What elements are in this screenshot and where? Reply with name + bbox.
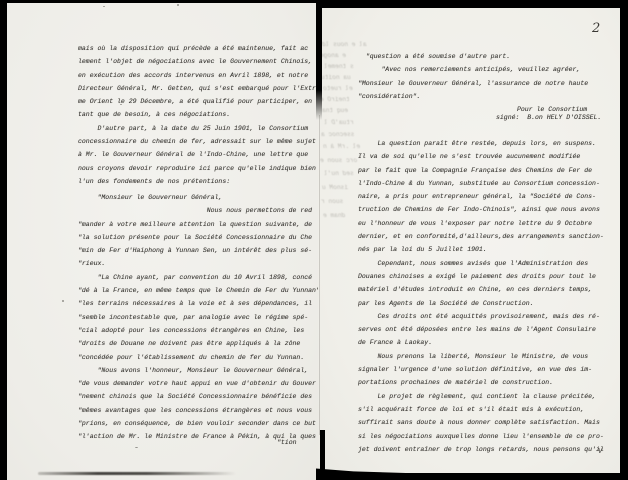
bleed-through-text: al e nous ld <box>322 41 367 48</box>
text-line: par les Agents de la Société de Construc… <box>358 297 606 310</box>
bleed-through-text: s tnemel <box>324 63 354 70</box>
text-line: suffirait sans doute à nous donner compl… <box>358 416 606 429</box>
text-line: s'il acquérait force de loi et s'il étai… <box>358 403 606 416</box>
text-line: "question a été soumise d'autre part. <box>358 50 606 63</box>
text-line: serves ont été déposées entre les mains … <box>358 323 606 336</box>
text-line: naire, a pris pour entrepreneur général,… <box>358 190 606 203</box>
bleed-through-text: e anoge <box>320 52 346 59</box>
text-line: Nous nous permettons de red <box>78 204 318 217</box>
text-line: portations prochaines de matériel de con… <box>358 376 606 389</box>
text-line: concessionnaire du chemin de fer, adress… <box>78 135 318 148</box>
text-line: Douanes chinoises a exigé le paiement de… <box>358 270 606 283</box>
scan-speck <box>177 4 179 6</box>
text-line: D'autre part, à la date du 25 Juin 1901,… <box>78 122 318 135</box>
text-line: me Orient le 29 Décembre, a été qualifié… <box>78 95 318 108</box>
text-line: l'Indo-Chine & du Yunnan, substituée au … <box>358 177 606 190</box>
text-line: si les négociations auxquelles donne lie… <box>358 430 606 443</box>
bleed-through-text: el .rM à n <box>323 143 360 150</box>
bleed-through-text: sed nu'l <box>324 170 354 177</box>
text-line: "rieux. <box>78 257 318 270</box>
text-line: mais où la disposition qui précède a été… <box>78 42 318 55</box>
scan-speck <box>120 104 122 105</box>
text-line: matériel d'études introduit en Chine, en… <box>358 283 606 296</box>
signature-name: signé: B.on HELY D'OISSEL. <box>496 114 601 121</box>
text-line: Directeur Général, Mr. Getten, qui s'est… <box>78 82 318 95</box>
text-line: signaler l'urgence d'une solution défini… <box>358 363 606 376</box>
text-line: en exécution des accords intervenus en A… <box>78 69 318 82</box>
bleed-through-text: euq tna <box>322 107 348 114</box>
bleed-through-text: ssecnoc a <box>321 131 354 138</box>
text-line: truction de Chemins de Fer Indo-Chinois"… <box>358 203 606 216</box>
page-gap-middle <box>319 115 320 435</box>
signature-consortium: Pour le Consortium <box>517 106 587 113</box>
page1-catchword: "tion <box>277 439 297 446</box>
bleed-through-text: dnam e <box>323 212 345 219</box>
scan-border-top-right <box>316 0 628 8</box>
text-line: "Nous avons l'honneur, Monsieur le Gouve… <box>78 364 318 377</box>
text-line: "mander à votre meilleure attention la q… <box>78 218 318 231</box>
bleed-through-text: isnoM u <box>322 184 348 191</box>
text-line: dernier, et en conformité,d'ailleurs,des… <box>358 230 606 243</box>
text-line: "considération". <box>358 90 606 103</box>
scan-speck <box>62 300 64 302</box>
text-line: "la solution présente pour la Société Co… <box>78 231 318 244</box>
text-line: "min de Fer d'Haiphong à Yunnan Sen, un … <box>78 244 318 257</box>
page2-catchword: V <box>598 448 602 456</box>
text-line: nous croyons devoir reproduire ici parce… <box>78 162 318 175</box>
text-line: "Avec nos remerciements anticipés, veuil… <box>358 63 606 76</box>
scan-border-right <box>620 0 628 480</box>
scan-speck <box>103 6 105 7</box>
scan-page-1: mais où la disposition qui précède a été… <box>7 3 318 480</box>
text-line: "La Chine ayant, par convention du 10 Av… <box>78 271 318 284</box>
bleed-through-text: rtua'D l <box>324 119 354 126</box>
text-line: Il va de soi qu'elle ne s'est trouvée au… <box>358 150 606 163</box>
text-line: "concédée pour l'établissement du chemin… <box>78 351 318 364</box>
text-line: "les terrains nécessaires à la voie et à… <box>78 297 318 310</box>
bleed-through-text: suon r <box>321 198 343 205</box>
scan-smudge-line <box>38 472 236 475</box>
scanned-document-spread: mais où la disposition qui précède a été… <box>0 0 628 480</box>
text-line: "mêmes avantages que les concessions étr… <box>78 404 318 417</box>
text-line: "droits de Douane ne doivent pas être ap… <box>78 337 318 350</box>
page-number: 2 <box>592 21 600 36</box>
text-line: "prions, en conséquence, de bien vouloir… <box>78 417 318 430</box>
page1-upper-paragraphs: mais où la disposition qui précède a été… <box>78 42 318 188</box>
text-line: nés par la loi du 5 Juillet 1901. <box>358 243 606 256</box>
page2-body-paragraphs: La question paraît être restée, depuis l… <box>358 137 606 456</box>
text-line: "cial adopté pour les concessions étrang… <box>78 324 318 337</box>
text-line: Le projet de règlement, qui contient la … <box>358 390 606 403</box>
text-line: Ces droits ont été acquittés provisoirem… <box>358 310 606 323</box>
text-line: lement l'objet de négociations avec le G… <box>78 55 318 68</box>
text-line: Cependant, nous sommes avisés que l'Admi… <box>358 257 606 270</box>
page-gap-top <box>316 0 322 120</box>
scan-border-left <box>0 0 7 480</box>
text-line: "Monsieur le Gouverneur Général, l'assur… <box>358 77 606 90</box>
page1-quoted-letter: "Monsieur le Gouverneur Général, Nous no… <box>78 191 318 444</box>
bleed-through-text: tneirO e <box>320 96 350 103</box>
text-line: "nement chinois que la Société Concessio… <box>78 390 318 403</box>
text-line: "dé à la France, en même temps que le Ch… <box>78 284 318 297</box>
scan-page-2: al e nous lde anoges tnemelua noituel ru… <box>318 7 620 473</box>
text-line: eu l'honneur de vous l'exposer par notre… <box>358 217 606 230</box>
text-line: l'un des fondements de nos prétentions: <box>78 175 318 188</box>
bleed-through-text: el rueto <box>323 85 353 92</box>
bleed-through-text: ua noitu <box>321 74 351 81</box>
text-line: La question paraît être restée, depuis l… <box>358 137 606 150</box>
text-line: Nous prenons la liberté, Monsieur le Min… <box>358 350 606 363</box>
bleed-through-text: orc suon e <box>320 157 357 164</box>
text-line: "Monsieur le Gouverneur Général, <box>78 191 318 204</box>
text-line: à Mr. le Gouverneur Général de l'Indo-Ch… <box>78 148 318 161</box>
text-line: par le fait que la Compagnie Française d… <box>358 164 606 177</box>
text-line: tant que de besoin, à ces négociations. <box>78 108 318 121</box>
text-line: "de vous demander votre haut appui en vu… <box>78 377 318 390</box>
text-line: de France à Laokay. <box>358 336 606 349</box>
text-line: jet doivent entraîner de trop longs reta… <box>358 443 606 456</box>
scan-speck <box>135 447 138 448</box>
text-line: "semble incontestable que, par analogie … <box>78 311 318 324</box>
page2-letter-closing: "question a été soumise d'autre part. "A… <box>358 50 606 103</box>
